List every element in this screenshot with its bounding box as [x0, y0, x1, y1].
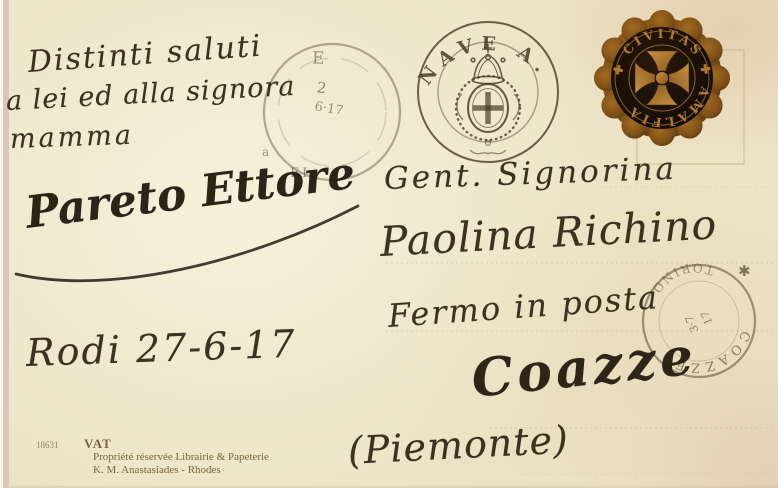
date-postmark-side-letter: a	[262, 145, 269, 159]
star-icon: ✱	[738, 262, 751, 280]
imprint-number: 18631	[36, 441, 59, 450]
arrival-date-line2: 17	[698, 309, 715, 327]
imprint-publisher: VAT	[84, 437, 112, 450]
amalfi-seal: ✚ CIVITAS ✚ AMALFIA	[586, 0, 742, 170]
crown-right-tuft	[501, 58, 505, 62]
crown-dome-ribs	[478, 60, 498, 76]
base-ornament	[470, 150, 506, 154]
ship-postmark-arc-text: NAVE A.	[414, 33, 555, 90]
crown-left-tuft	[471, 58, 475, 62]
address-region: (Piemonte)	[347, 420, 570, 470]
message-dateline: Rodi 27-6-17	[25, 325, 297, 372]
message-line-3: mamma	[10, 122, 135, 153]
ship-postmark: NAVE A.	[414, 22, 558, 162]
imprint-printer: K. M. Anastasiades - Rhodes	[93, 465, 221, 476]
postcard-back: E A 2 6·17 a FI NAVE A.	[0, 0, 778, 488]
right-flourish	[513, 94, 519, 120]
savoy-shield-cross-icon	[468, 84, 508, 132]
date-postmark-date-top: 2	[315, 78, 328, 97]
imprint-rights: Propriété réservée Librairie & Papeterie	[93, 452, 269, 463]
date-postmark-date-bottom: 6·17	[313, 99, 344, 119]
